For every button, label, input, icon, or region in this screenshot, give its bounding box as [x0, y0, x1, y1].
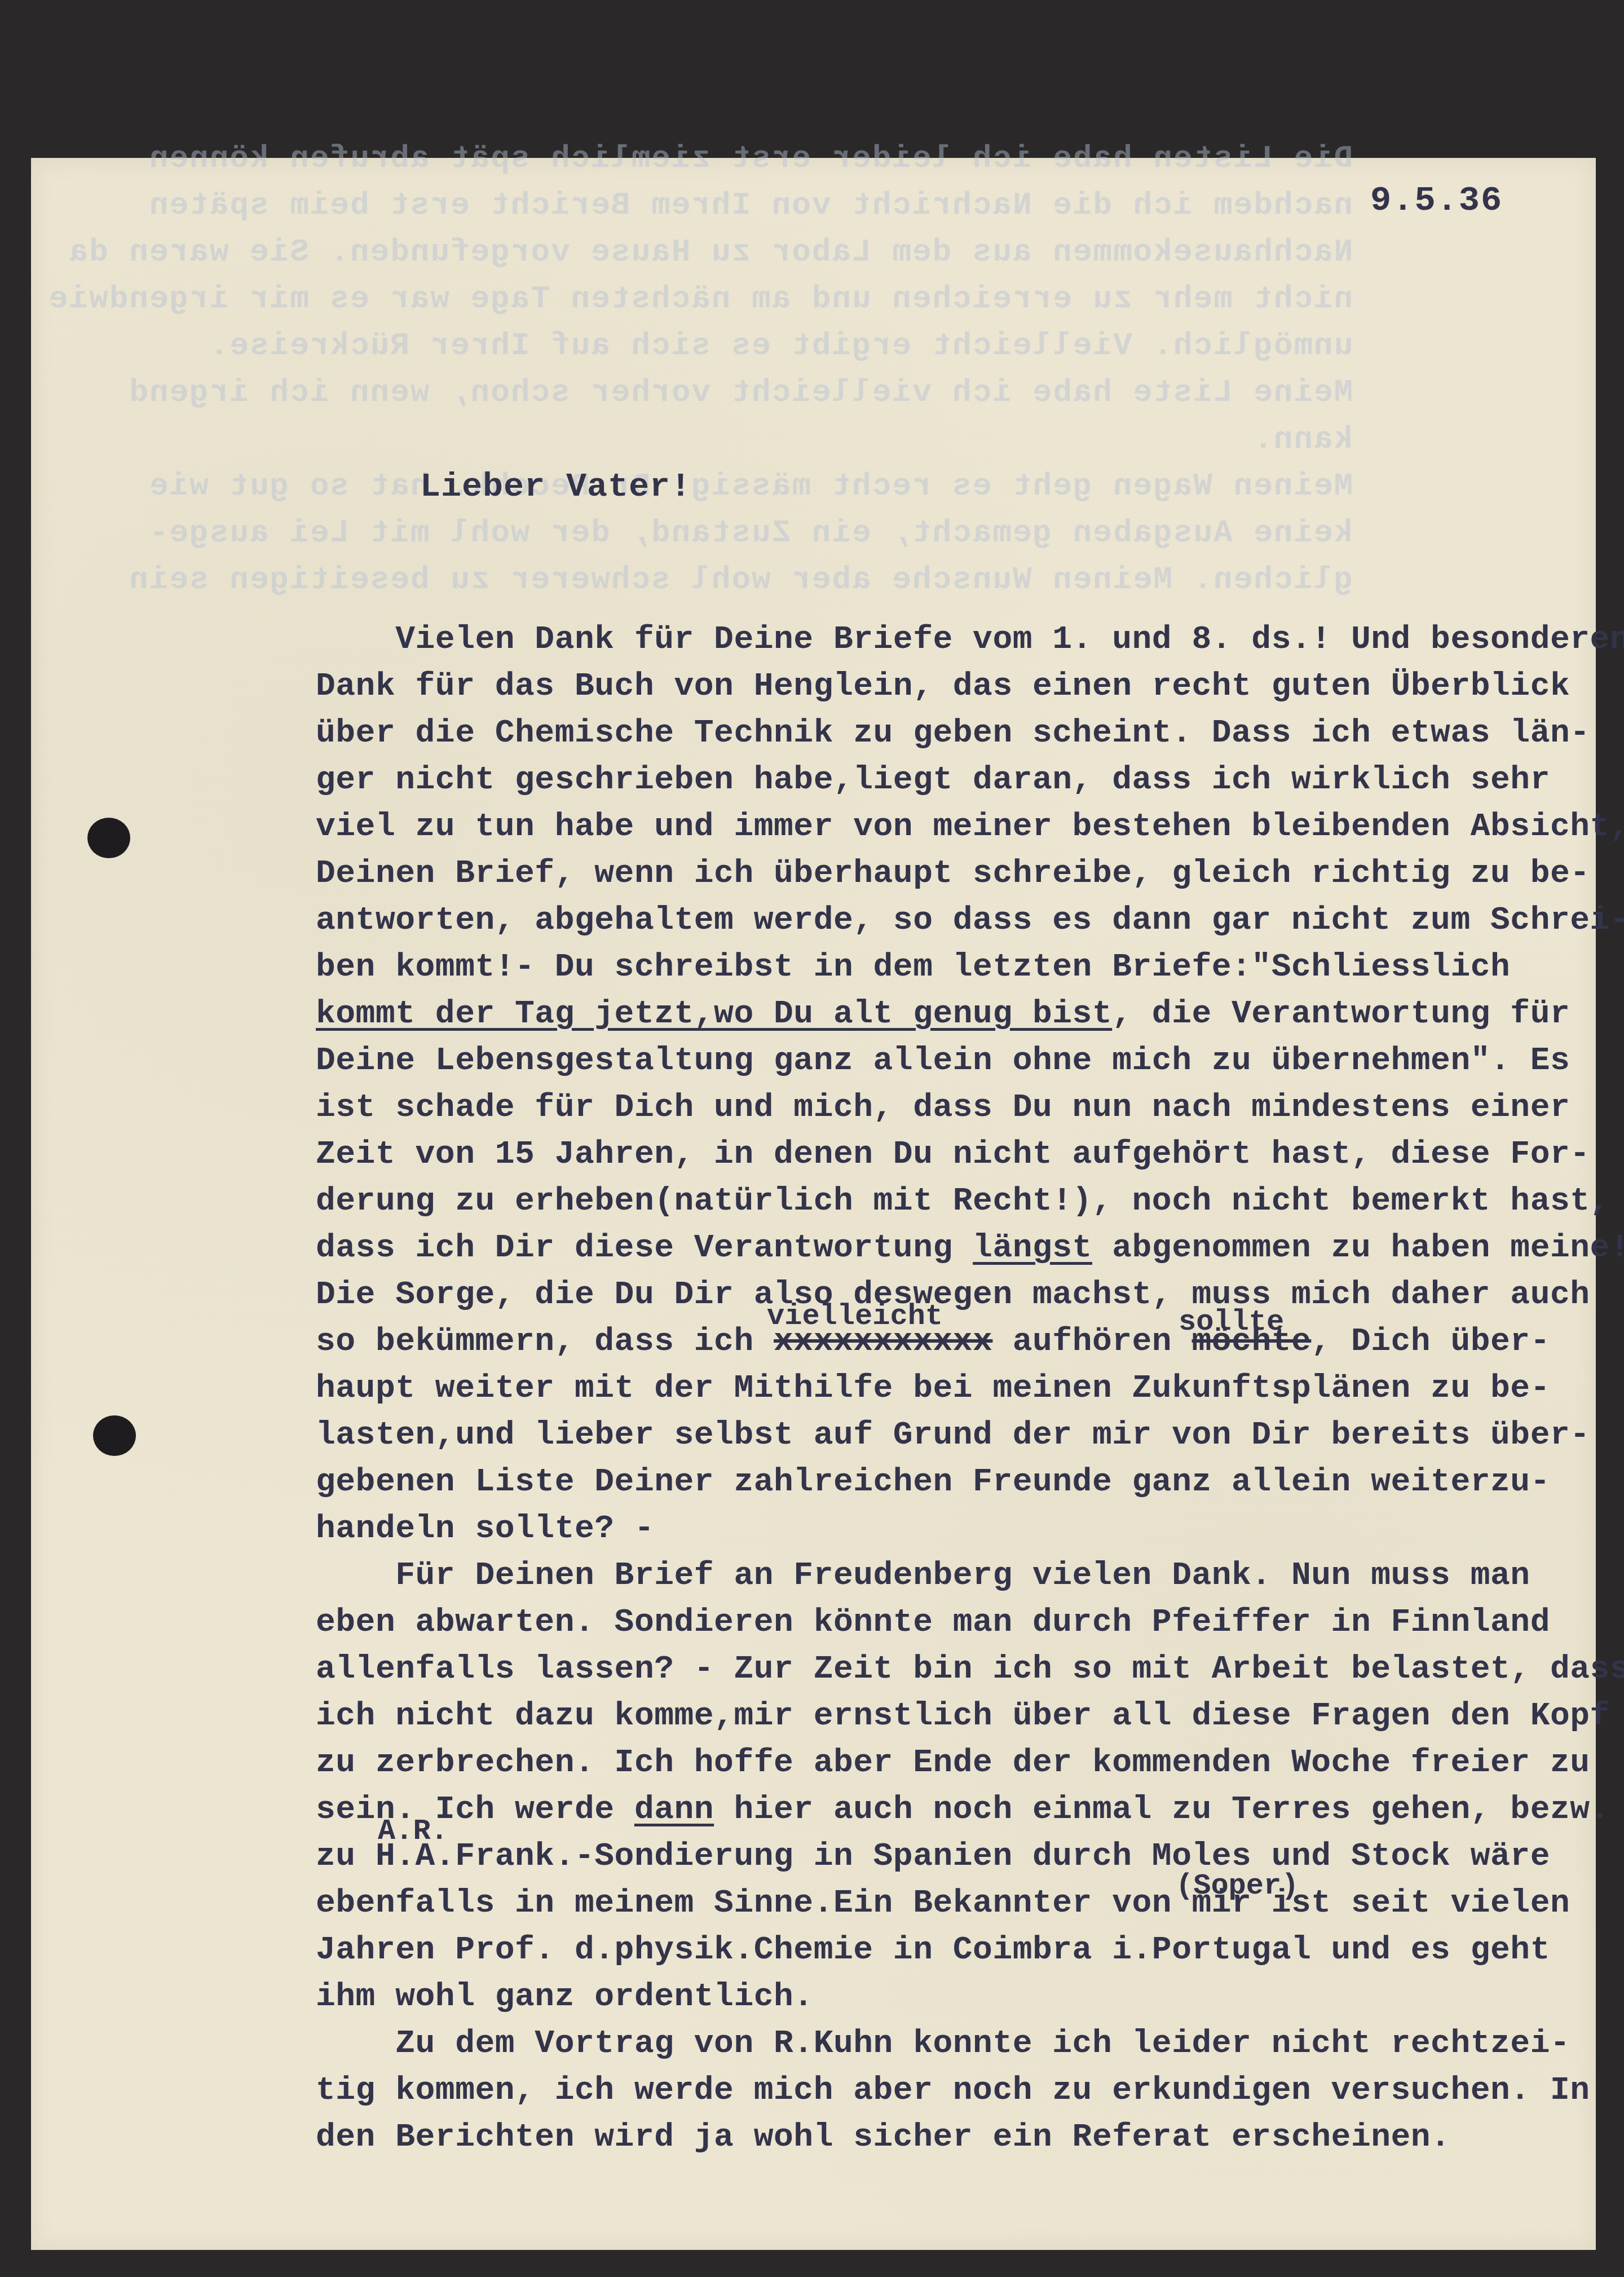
punch-hole-lower: [93, 1415, 136, 1456]
body-line: Deine Lebensgestaltung ganz allein ohne …: [316, 1042, 1570, 1081]
body-line: ger nicht geschrieben habe,liegt daran, …: [316, 761, 1550, 800]
inserted-correction: vielleicht: [767, 1300, 943, 1333]
body-line: handeln sollte? -: [316, 1510, 654, 1549]
underlined-quote: kommt der Tag jetzt,wo Du alt genug bist: [316, 996, 1112, 1032]
body-line: viel zu tun habe und immer von meiner be…: [316, 807, 1624, 847]
body-line: Zeit von 15 Jahren, in denen Du nicht au…: [316, 1135, 1590, 1175]
body-line: Die Sorge, die Du Dir also deswegen mach…: [316, 1276, 1590, 1315]
body-line: ihm wohl ganz ordentlich.: [316, 1978, 814, 2017]
body-line: Deinen Brief, wenn ich überhaupt schreib…: [316, 854, 1590, 894]
show-through-text: Die Listen habe ich leider erst ziemlich…: [48, 135, 1353, 603]
salutation: Lieber Vater!: [420, 468, 691, 506]
body-line: ich nicht dazu komme,mir ernstlich über …: [316, 1697, 1610, 1736]
body-line: ist schade für Dich und mich, dass Du nu…: [316, 1088, 1570, 1128]
underlined-word: dann: [634, 1791, 714, 1828]
body-line: Vielen Dank für Deine Briefe vom 1. und …: [316, 620, 1624, 660]
body-line: tig kommen, ich werde mich aber noch zu …: [316, 2071, 1590, 2111]
underlined-word: längst: [973, 1230, 1092, 1267]
body-line: dass ich Dir diese Verantwortung längst …: [316, 1229, 1624, 1268]
body-line: zu H.A.Frank.-Sondierung in Spanien durc…: [316, 1837, 1550, 1877]
inserted-correction: sollte: [1179, 1305, 1284, 1339]
body-line: gebenen Liste Deiner zahlreichen Freunde…: [316, 1463, 1550, 1502]
body-line: Zu dem Vortrag von R.Kuhn konnte ich lei…: [316, 2024, 1570, 2064]
body-line: lasten,und lieber selbst auf Grund der m…: [316, 1416, 1590, 1455]
body-line: sein. Ich werde dann hier auch noch einm…: [316, 1790, 1610, 1830]
body-line: Dank für das Buch von Henglein, das eine…: [316, 667, 1570, 707]
body-line: derung zu erheben(natürlich mit Recht!),…: [316, 1182, 1610, 1221]
body-line: über die Chemische Technik zu geben sche…: [316, 714, 1590, 753]
body-line: den Berichten wird ja wohl sicher ein Re…: [316, 2118, 1450, 2157]
body-line: Für Deinen Brief an Freudenberg vielen D…: [316, 1556, 1530, 1596]
body-line: kommt der Tag jetzt,wo Du alt genug bist…: [316, 995, 1570, 1034]
body-line: haupt weiter mit der Mithilfe bei meinen…: [316, 1369, 1550, 1409]
body-line: allenfalls lassen? - Zur Zeit bin ich so…: [316, 1650, 1624, 1689]
body-line: ben kommt!- Du schreibst in dem letzten …: [316, 948, 1510, 987]
body-line: Jahren Prof. d.physik.Chemie in Coimbra …: [316, 1931, 1550, 1970]
letter-date: 9.5.36: [1370, 180, 1503, 220]
punch-hole-upper: [87, 818, 130, 858]
body-line: antworten, abgehaltem werde, so dass es …: [316, 901, 1624, 941]
body-line: ebenfalls in meinem Sinne.Ein Bekannter …: [316, 1884, 1570, 1923]
body-line: zu zerbrechen. Ich hoffe aber Ende der k…: [316, 1744, 1590, 1783]
body-line: eben abwarten. Sondieren könnte man durc…: [316, 1603, 1550, 1643]
